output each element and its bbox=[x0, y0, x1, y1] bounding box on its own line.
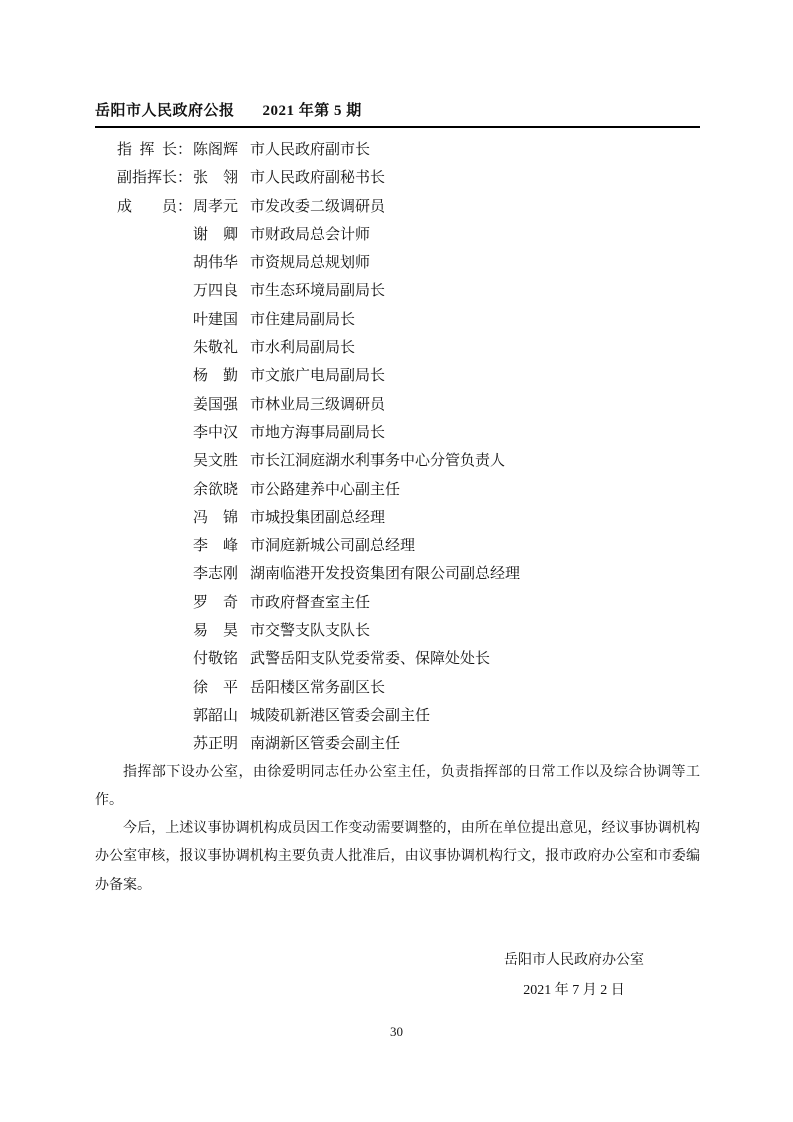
member-name: 苏正明 bbox=[193, 730, 238, 758]
signature-block: 岳阳市人民政府办公室 2021 年 7 月 2 日 bbox=[95, 946, 700, 1006]
member-name: 李峰 bbox=[193, 532, 238, 560]
roster-row: 徐平 岳阳楼区常务副区长 bbox=[95, 674, 700, 702]
member-name: 姜国强 bbox=[193, 391, 238, 419]
roster-row: 李中汉 市地方海事局副局长 bbox=[95, 419, 700, 447]
roster-row: 余欲晓 市公路建养中心副主任 bbox=[95, 476, 700, 504]
page-footer: 30 bbox=[0, 1024, 793, 1040]
gazette-issue: 2021 年第 5 期 bbox=[263, 103, 362, 119]
signature-date: 2021 年 7 月 2 日 bbox=[504, 976, 644, 1006]
member-title: 市长江洞庭湖水利事务中心分管负责人 bbox=[250, 447, 700, 475]
member-name: 吴文胜 bbox=[193, 447, 238, 475]
member-title: 市发改委二级调研员 bbox=[250, 193, 700, 221]
member-title: 市人民政府副秘书长 bbox=[250, 164, 700, 192]
roster-role-label: 指挥长 bbox=[117, 136, 177, 164]
roster-row: 胡伟华 市资规局总规划师 bbox=[95, 249, 700, 277]
member-name: 罗奇 bbox=[193, 589, 238, 617]
roster-row: 姜国强 市林业局三级调研员 bbox=[95, 391, 700, 419]
member-name: 郭韶山 bbox=[193, 702, 238, 730]
member-name: 周孝元 bbox=[193, 193, 238, 221]
member-title: 市政府督查室主任 bbox=[250, 589, 700, 617]
document-page: 岳阳市人民政府公报2021 年第 5 期 指挥长 ： 陈阁辉 市人民政府副市长 … bbox=[0, 0, 793, 1122]
member-name: 徐平 bbox=[193, 674, 238, 702]
member-title: 南湖新区管委会副主任 bbox=[250, 730, 700, 758]
roster-row: 苏正明 南湖新区管委会副主任 bbox=[95, 730, 700, 758]
roster-row: 成员 ： 周孝元 市发改委二级调研员 bbox=[95, 193, 700, 221]
member-title: 市公路建养中心副主任 bbox=[250, 476, 700, 504]
member-name: 杨勤 bbox=[193, 362, 238, 390]
member-name: 李中汉 bbox=[193, 419, 238, 447]
roster-row: 吴文胜 市长江洞庭湖水利事务中心分管负责人 bbox=[95, 447, 700, 475]
member-name: 陈阁辉 bbox=[193, 136, 238, 164]
member-title: 岳阳楼区常务副区长 bbox=[250, 674, 700, 702]
roster-role-label: 副指挥长 bbox=[117, 164, 177, 192]
member-name: 付敬铭 bbox=[193, 645, 238, 673]
roster-row: 万四良 市生态环境局副局长 bbox=[95, 277, 700, 305]
member-name: 冯锦 bbox=[193, 504, 238, 532]
document-body: 指挥长 ： 陈阁辉 市人民政府副市长 副指挥长 ： 张翎 市人民政府副秘书长 成… bbox=[95, 136, 700, 1006]
member-title: 市财政局总会计师 bbox=[250, 221, 700, 249]
member-title: 市地方海事局副局长 bbox=[250, 419, 700, 447]
roster-row: 付敬铭 武警岳阳支队党委常委、保障处处长 bbox=[95, 645, 700, 673]
paragraph-adjustment-procedure: 今后，上述议事协调机构成员因工作变动需要调整的，由所在单位提出意见，经议事协调机… bbox=[95, 815, 700, 900]
member-title: 市文旅广电局副局长 bbox=[250, 362, 700, 390]
roster-row: 罗奇 市政府督查室主任 bbox=[95, 589, 700, 617]
roster-colon: ： bbox=[177, 164, 193, 192]
member-title: 城陵矶新港区管委会副主任 bbox=[250, 702, 700, 730]
member-name: 李志刚 bbox=[193, 560, 238, 588]
roster-row: 谢卿 市财政局总会计师 bbox=[95, 221, 700, 249]
member-title: 市资规局总规划师 bbox=[250, 249, 700, 277]
roster-row: 指挥长 ： 陈阁辉 市人民政府副市长 bbox=[95, 136, 700, 164]
member-name: 万四良 bbox=[193, 277, 238, 305]
member-name: 易昊 bbox=[193, 617, 238, 645]
roster-row: 郭韶山 城陵矶新港区管委会副主任 bbox=[95, 702, 700, 730]
member-name: 叶建国 bbox=[193, 306, 238, 334]
member-title: 武警岳阳支队党委常委、保障处处长 bbox=[250, 645, 700, 673]
member-name: 谢卿 bbox=[193, 221, 238, 249]
roster-row: 杨勤 市文旅广电局副局长 bbox=[95, 362, 700, 390]
roster-row: 副指挥长 ： 张翎 市人民政府副秘书长 bbox=[95, 164, 700, 192]
member-title: 市住建局副局长 bbox=[250, 306, 700, 334]
roster-row: 冯锦 市城投集团副总经理 bbox=[95, 504, 700, 532]
page-number: 30 bbox=[390, 1024, 403, 1039]
roster-row: 叶建国 市住建局副局长 bbox=[95, 306, 700, 334]
signature-org: 岳阳市人民政府办公室 bbox=[504, 946, 644, 976]
roster-row: 朱敬礼 市水利局副局长 bbox=[95, 334, 700, 362]
paragraph-office-setup: 指挥部下设办公室，由徐爱明同志任办公室主任，负责指挥部的日常工作以及综合协调等工… bbox=[95, 759, 700, 816]
member-title: 市交警支队支队长 bbox=[250, 617, 700, 645]
member-title: 市林业局三级调研员 bbox=[250, 391, 700, 419]
member-name: 张翎 bbox=[193, 164, 238, 192]
roster-role-label: 成员 bbox=[117, 193, 177, 221]
member-name: 朱敬礼 bbox=[193, 334, 238, 362]
roster-colon: ： bbox=[177, 193, 193, 221]
member-title: 湖南临港开发投资集团有限公司副总经理 bbox=[250, 560, 700, 588]
roster-list: 指挥长 ： 陈阁辉 市人民政府副市长 副指挥长 ： 张翎 市人民政府副秘书长 成… bbox=[95, 136, 700, 759]
roster-row: 李志刚 湖南临港开发投资集团有限公司副总经理 bbox=[95, 560, 700, 588]
gazette-title: 岳阳市人民政府公报 bbox=[95, 103, 235, 119]
member-title: 市洞庭新城公司副总经理 bbox=[250, 532, 700, 560]
member-name: 胡伟华 bbox=[193, 249, 238, 277]
gazette-header: 岳阳市人民政府公报2021 年第 5 期 bbox=[95, 99, 700, 128]
member-name: 余欲晓 bbox=[193, 476, 238, 504]
roster-row: 易昊 市交警支队支队长 bbox=[95, 617, 700, 645]
member-title: 市人民政府副市长 bbox=[250, 136, 700, 164]
member-title: 市水利局副局长 bbox=[250, 334, 700, 362]
member-title: 市城投集团副总经理 bbox=[250, 504, 700, 532]
member-title: 市生态环境局副局长 bbox=[250, 277, 700, 305]
roster-row: 李峰 市洞庭新城公司副总经理 bbox=[95, 532, 700, 560]
roster-colon: ： bbox=[177, 136, 193, 164]
signature-inner: 岳阳市人民政府办公室 2021 年 7 月 2 日 bbox=[504, 946, 644, 1006]
